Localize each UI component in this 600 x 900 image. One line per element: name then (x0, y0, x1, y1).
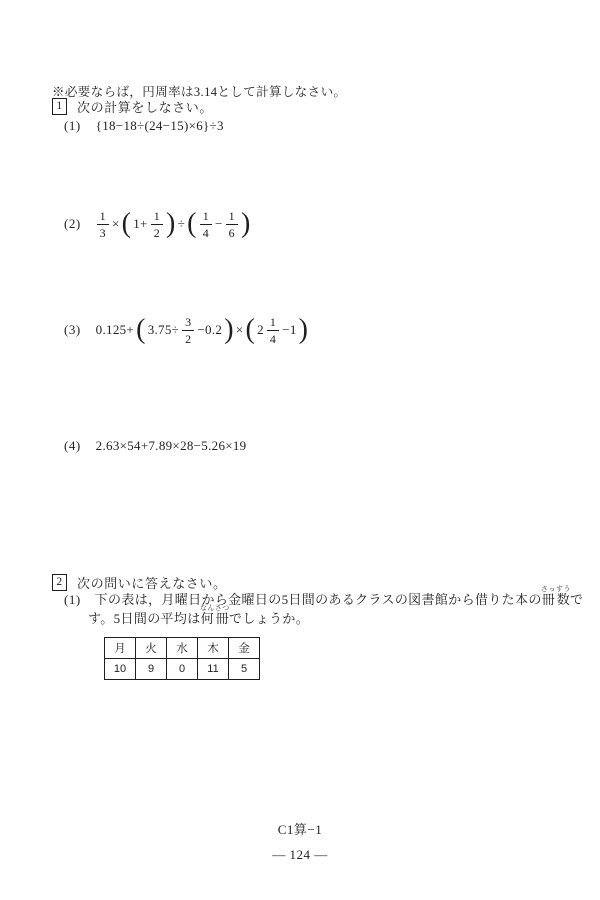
expression: 0.125+(3.75÷32−0.2)×(214−1) (95, 316, 310, 345)
question-text: でしょうか。 (229, 611, 309, 626)
problem-label: (1) (64, 591, 81, 609)
table-value-row: 10 9 0 11 5 (105, 659, 260, 680)
problem-1-3: (3) 0.125+(3.75÷32−0.2)×(214−1) (64, 310, 309, 350)
problem-label: (3) (64, 322, 81, 338)
problem-label: (1) (64, 118, 81, 134)
table-header-row: 月 火 水 木 金 (105, 638, 260, 659)
table-header-cell: 火 (136, 638, 167, 659)
table-header-cell: 水 (167, 638, 198, 659)
book-count-table: 月 火 水 木 金 10 9 0 11 5 (104, 637, 260, 680)
exam-page: ※必要ならば，円周率は3.14として計算しなさい。 1 次の計算をしなさい。 (… (0, 0, 600, 900)
table-value-cell: 11 (198, 659, 229, 680)
problem-label: (4) (64, 438, 81, 454)
table-header-cell: 木 (198, 638, 229, 659)
table-header-cell: 金 (229, 638, 260, 659)
page-number: — 124 — (0, 847, 600, 863)
expression: {18−18÷(24−15)×6}÷3 (95, 118, 225, 134)
problem-label: (2) (64, 216, 81, 232)
table-value-cell: 0 (167, 659, 198, 680)
ruby-base: 何冊 (200, 611, 230, 626)
ruby-nansatsu: 何冊なんさつ (201, 611, 229, 626)
ruby-sassuu: 冊数さっすう (542, 592, 570, 607)
table-value-cell: 5 (229, 659, 260, 680)
table-value-cell: 9 (136, 659, 167, 680)
problem-1-4: (4) 2.63×54+7.89×28−5.26×19 (64, 431, 247, 461)
question-text: す。5日間の平均は (88, 611, 201, 626)
table-header-cell: 月 (105, 638, 136, 659)
document-code: C1算−1 (0, 819, 600, 838)
problem-1-1: (1) {18−18÷(24−15)×6}÷3 (64, 111, 225, 141)
problem-2-1-line2: す。5日間の平均は何冊なんさつでしょうか。 (88, 604, 309, 628)
ruby-base: 冊数 (541, 592, 571, 607)
problem-1-2: (2) 13×(1+12)÷(14−16) (64, 204, 252, 244)
expression: 2.63×54+7.89×28−5.26×19 (95, 438, 248, 454)
ruby-text: さっすう (541, 585, 571, 593)
table-value-cell: 10 (105, 659, 136, 680)
expression: 13×(1+12)÷(14−16) (95, 210, 252, 239)
question-text: で (570, 592, 583, 607)
ruby-text: なんさつ (200, 604, 230, 612)
